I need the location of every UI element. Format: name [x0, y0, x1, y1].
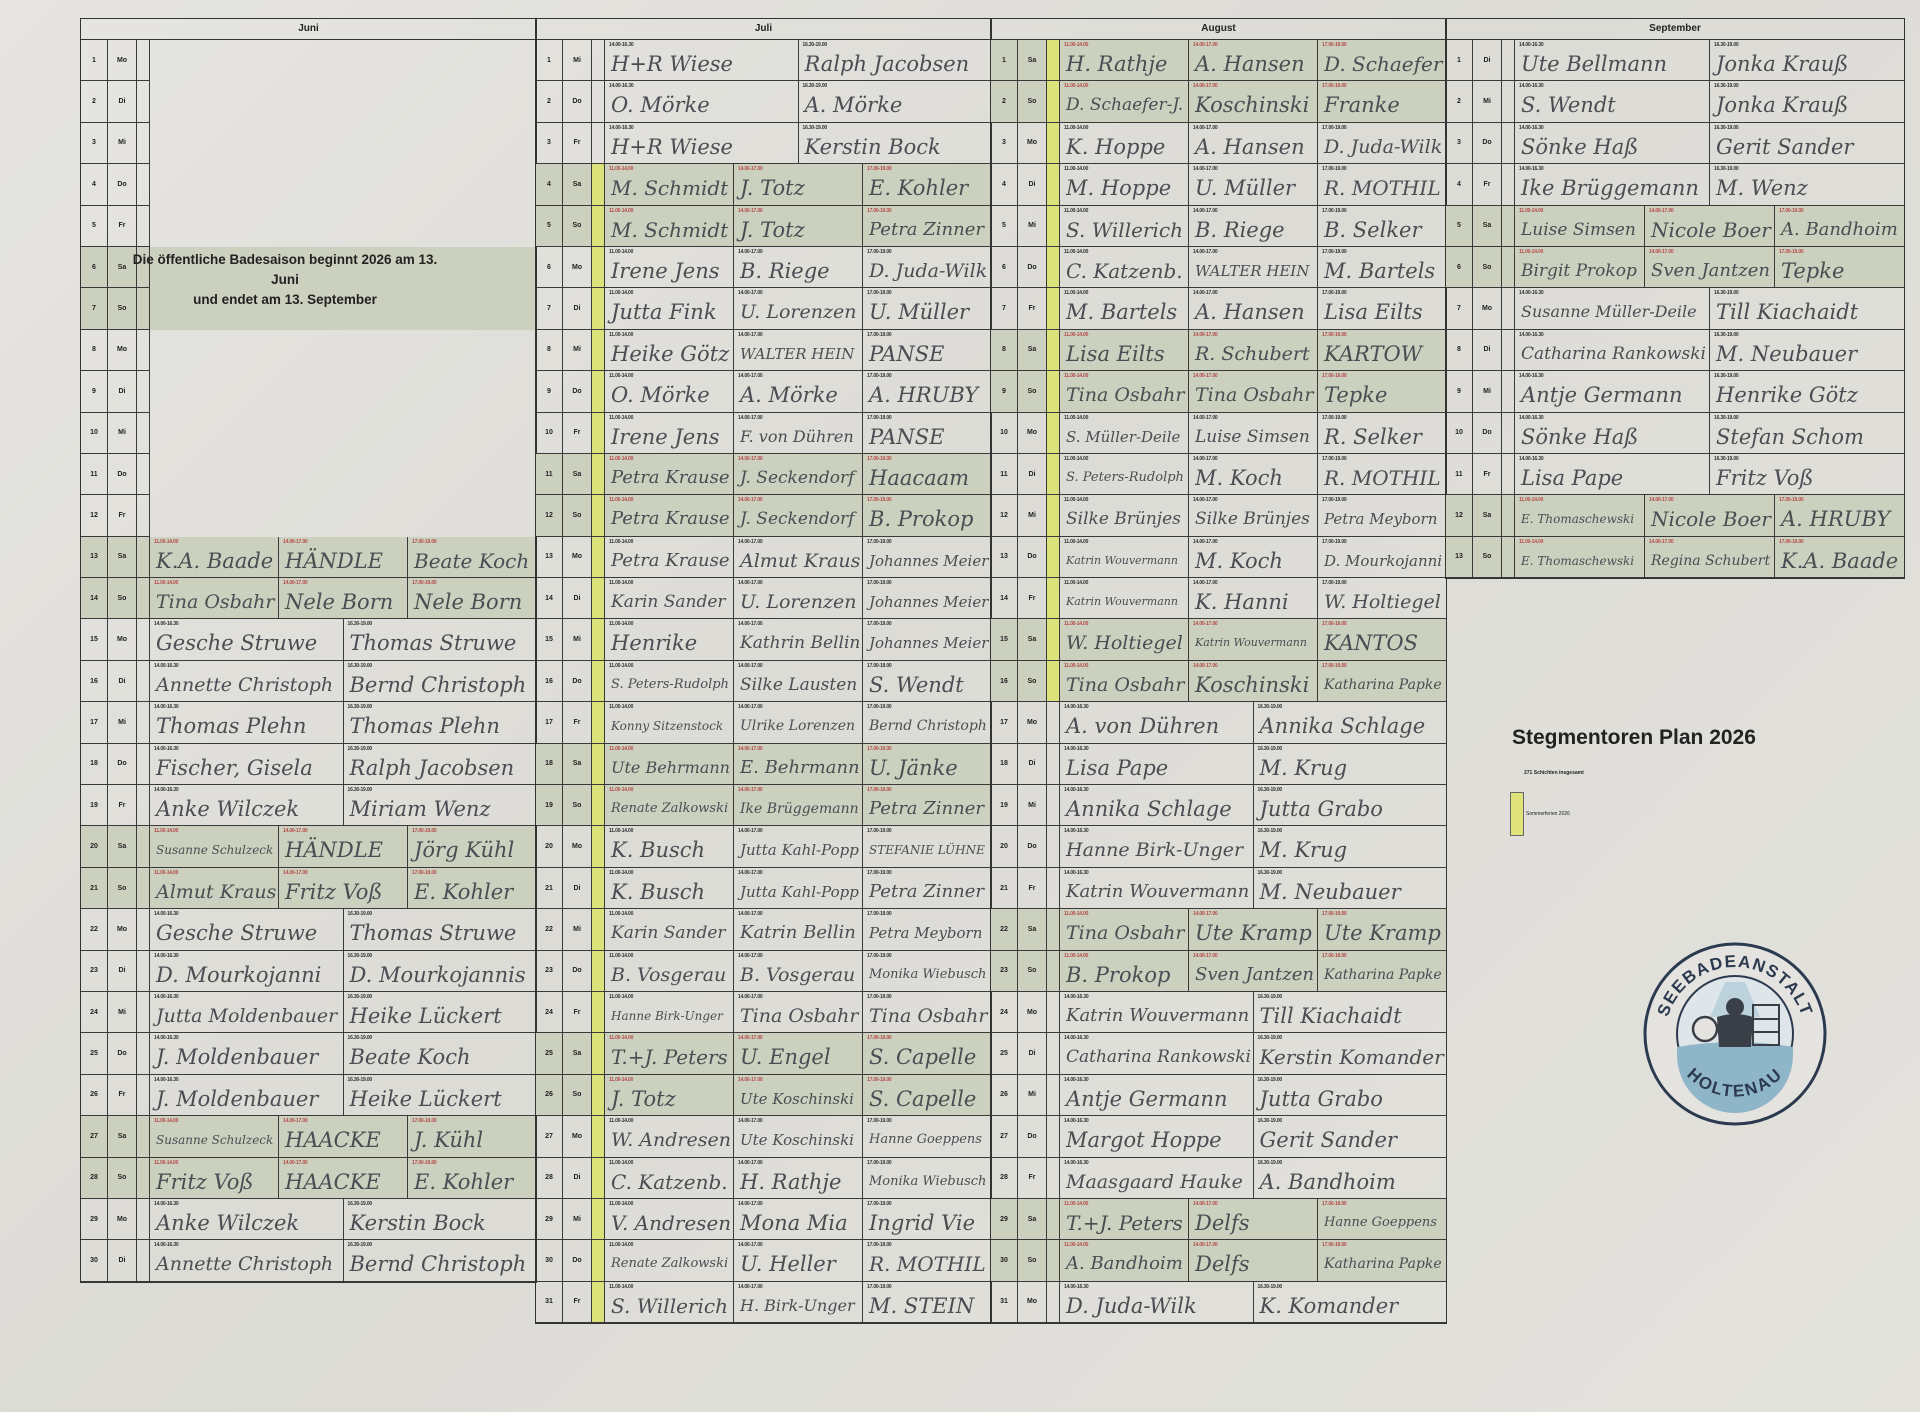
shift-cell[interactable]: 16.30-19.00M. Neubauer [1254, 868, 1447, 908]
shift-cell[interactable]: 14.00-16.30Catharina Rankowski [1515, 330, 1710, 370]
shift-cell[interactable]: 17.00-19.00Petra Meyborn [863, 909, 991, 949]
shift-cell[interactable]: 11.00-14.00Birgit Prokop [1515, 247, 1645, 287]
shift-cell[interactable]: 17.00-19.00Johannes Meier [863, 619, 991, 659]
shift-cell[interactable]: 14.00-17.00R. Schubert [1189, 330, 1318, 370]
weekday: Do [1018, 826, 1047, 866]
shift-cell[interactable]: 17.00-19.00D. Juda-Wilk [1318, 123, 1446, 163]
shift-cell[interactable]: 14.00-17.00A. Hansen [1189, 123, 1318, 163]
shift-cell[interactable]: 11.00-14.00Petra Krause [605, 495, 734, 535]
shift-cell[interactable]: 11.00-14.00M. Bartels [1060, 288, 1189, 328]
shift-cell[interactable]: 17.00-19.00Tepke [1318, 371, 1446, 411]
shift-cell[interactable]: 14.00-16.30Susanne Müller-Deile [1515, 288, 1710, 328]
shift-cell[interactable]: 14.00-16.30Lisa Pape [1060, 744, 1254, 784]
shift-cell[interactable]: 16.30-19.00Jonka Krauß [1710, 40, 1904, 80]
shift-cell[interactable]: 14.00-17.00K. Hanni [1189, 578, 1318, 618]
shift-cell[interactable]: 14.00-17.00Silke Brünjes [1189, 495, 1318, 535]
shift-cell[interactable]: 14.00-17.00U. Heller [734, 1240, 863, 1280]
shift-cell[interactable]: 17.00-19.00Bernd Christoph [863, 702, 991, 742]
volunteer-name: Stefan Schom [1716, 424, 1902, 450]
shift-cell[interactable]: 14.00-17.00U. Müller [1189, 164, 1318, 204]
shift-cell[interactable]: 11.00-14.00H. Rathje [1060, 40, 1189, 80]
shift-cell[interactable]: 14.00-17.00Nele Born [279, 578, 408, 618]
shift-cell[interactable]: 17.00-19.00U. Jänke [863, 744, 991, 784]
shift-cell[interactable]: 11.00-14.00E. Thomaschewski [1515, 537, 1645, 577]
shift-cell[interactable]: 17.00-19.00KANTOS [1318, 619, 1446, 659]
shift-cell[interactable]: 17.00-19.00Nele Born [408, 578, 536, 618]
shift-cell[interactable]: 11.00-14.00Lisa Eilts [1060, 330, 1189, 370]
shift-cell[interactable]: 17.00-19.00Lisa Eilts [1318, 288, 1446, 328]
volunteer-name: E. Behrmann [740, 755, 860, 781]
shift-cell[interactable]: 17.00-19.00Beate Koch [408, 537, 536, 577]
shift-time: 11.00-14.00 [1064, 332, 1088, 338]
shift-cell[interactable]: 14.00-17.00Delfs [1189, 1240, 1318, 1280]
shift-cell[interactable]: 11.00-14.00Almut Kraus [150, 868, 279, 908]
summer-holiday-marker [1047, 495, 1060, 535]
volunteer-name: J. Totz [740, 175, 860, 201]
shift-cell[interactable]: 17.00-19.00Hanne Goeppens [863, 1116, 991, 1156]
shift-cell[interactable]: 11.00-14.00T.+J. Peters [1060, 1199, 1189, 1239]
shift-cell[interactable]: 11.00-14.00O. Mörke [605, 371, 734, 411]
shift-cell[interactable]: 14.00-17.00WALTER HEIN [734, 330, 863, 370]
shift-time: 11.00-14.00 [1064, 208, 1088, 214]
shift-slots: 14.00-16.30Antje Germann16.30-19.00Henri… [1515, 371, 1904, 411]
shift-cell[interactable]: 14.00-16.30O. Mörke [605, 81, 799, 121]
shift-cell[interactable]: 17.00-19.00A. HRUBY [1775, 495, 1904, 535]
shift-cell[interactable]: 14.00-17.00WALTER HEIN [1189, 247, 1318, 287]
shift-cell[interactable]: 11.00-14.00Katrin Wouvermann [1060, 537, 1189, 577]
shift-cell[interactable]: 11.00-14.00Hanne Birk-Unger [605, 992, 734, 1032]
shift-cell[interactable]: 14.00-16.30Gesche Struwe [150, 909, 344, 949]
summer-holiday-marker [592, 1033, 605, 1073]
shift-cell[interactable]: 17.00-19.00Ute Kramp [1318, 909, 1446, 949]
shift-cell[interactable]: 14.00-16.30Gesche Struwe [150, 619, 344, 659]
shift-cell[interactable]: 16.30-19.00M. Neubauer [1710, 330, 1904, 370]
volunteer-name: Beate Koch [350, 1044, 535, 1070]
shift-cell[interactable]: 14.00-17.00HAACKE [279, 1116, 408, 1156]
shift-cell[interactable]: 14.00-17.00Luise Simsen [1189, 413, 1318, 453]
shift-cell[interactable]: 17.00-19.00Petra Zinner [863, 868, 991, 908]
weekday: Di [563, 578, 592, 618]
shift-cell[interactable]: 11.00-14.00T.+J. Peters [605, 1033, 734, 1073]
shift-cell[interactable]: 14.00-17.00E. Behrmann [734, 744, 863, 784]
shift-cell[interactable]: 14.00-17.00HÄNDLE [279, 826, 408, 866]
shift-cell[interactable]: 16.30-19.00D. Mourkojannis [344, 951, 537, 991]
shift-time: 16.30-19.00 [1258, 994, 1283, 1000]
shift-cell[interactable]: 17.00-19.00Haacaam [863, 454, 991, 494]
shift-slots: 11.00-14.00Katrin Wouvermann14.00-17.00K… [1060, 578, 1446, 618]
shift-cell[interactable]: 14.00-17.00Nicole Boer [1645, 495, 1775, 535]
shift-cell[interactable]: 16.30-19.00Beate Koch [344, 1033, 537, 1073]
shift-cell[interactable]: 17.00-19.00Tepke [1775, 247, 1904, 287]
shift-cell[interactable]: 14.00-17.00A. Hansen [1189, 40, 1318, 80]
shift-cell[interactable]: 14.00-16.30Catharina Rankowski [1060, 1033, 1254, 1073]
shift-cell[interactable]: 14.00-17.00Regina Schubert [1645, 537, 1775, 577]
shift-cell[interactable]: 11.00-14.00Luise Simsen [1515, 206, 1645, 246]
shift-cell[interactable]: 11.00-14.00K. Busch [605, 826, 734, 866]
shift-cell[interactable]: 16.30-19.00Jutta Grabo [1254, 785, 1447, 825]
shift-cell[interactable]: 16.30-19.00Annika Schlage [1254, 702, 1447, 742]
shift-cell[interactable]: 17.00-19.00K.A. Baade [1775, 537, 1904, 577]
shift-cell[interactable]: 14.00-17.00Kathrin Bellin [734, 619, 863, 659]
shift-cell[interactable]: 11.00-14.00S. Müller-Deile [1060, 413, 1189, 453]
shift-cell[interactable]: 16.30-19.00Gerit Sander [1254, 1116, 1447, 1156]
shift-cell[interactable]: 14.00-17.00Katrin Wouvermann [1189, 619, 1318, 659]
shift-slots [150, 81, 536, 122]
shift-cell[interactable]: 14.00-17.00Ute Kramp [1189, 909, 1318, 949]
shift-cell[interactable]: 14.00-17.00U. Lorenzen [734, 578, 863, 618]
shift-cell[interactable]: 14.00-16.30Anke Wilczek [150, 1199, 344, 1239]
shift-time: 17.00-19.00 [1322, 166, 1347, 172]
shift-cell[interactable]: 14.00-17.00HÄNDLE [279, 537, 408, 577]
shift-cell[interactable]: 17.00-19.00M. STEIN [863, 1282, 991, 1322]
shift-cell[interactable]: 16.30-19.00Kerstin Komander [1254, 1033, 1447, 1073]
shift-cell[interactable]: 14.00-16.30H+R Wiese [605, 40, 799, 80]
shift-cell[interactable]: 17.00-19.00D. Schaefer [1318, 40, 1446, 80]
shift-cell[interactable]: 11.00-14.00W. Andresen [605, 1116, 734, 1156]
shift-cell[interactable]: 16.30-19.00Kerstin Bock [799, 123, 992, 163]
holiday-marker-empty [1502, 413, 1515, 453]
shift-cell[interactable]: 14.00-17.00Almut Kraus [734, 537, 863, 577]
shift-time: 11.00-14.00 [1064, 42, 1088, 48]
shift-cell[interactable]: 17.00-19.00Petra Zinner [863, 206, 991, 246]
holiday-marker-empty [1047, 1158, 1060, 1198]
shift-cell[interactable]: 11.00-14.00Karin Sander [605, 578, 734, 618]
shift-slots: 14.00-16.30H+R Wiese16.30-19.00Ralph Jac… [605, 40, 991, 80]
shift-cell[interactable]: 14.00-17.00M. Koch [1189, 454, 1318, 494]
shift-cell[interactable]: 14.00-16.30S. Wendt [1515, 81, 1710, 121]
shift-cell[interactable]: 11.00-14.00M. Hoppe [1060, 164, 1189, 204]
shift-cell[interactable]: 11.00-14.00C. Katzenb. [605, 1158, 734, 1198]
shift-cell[interactable]: 14.00-17.00H. Birk-Unger [734, 1282, 863, 1322]
shift-cell[interactable]: 11.00-14.00Susanne Schulzeck [150, 826, 279, 866]
volunteer-name: Katrin Wouvermann [1195, 630, 1315, 656]
shift-cell[interactable]: 14.00-16.30Annette Christoph [150, 661, 344, 701]
weekday: Mo [1018, 413, 1047, 453]
shift-cell[interactable]: 14.00-17.00B. Riege [734, 247, 863, 287]
shift-time: 11.00-14.00 [609, 497, 633, 503]
shift-cell[interactable]: 17.00-19.00Hanne Goeppens [1318, 1199, 1446, 1239]
shift-cell[interactable]: 14.00-16.30Anke Wilczek [150, 785, 344, 825]
shift-cell[interactable]: 16.30-19.00Jonka Krauß [1710, 81, 1904, 121]
shift-cell[interactable]: 11.00-14.00Tina Osbahr [1060, 371, 1189, 411]
shift-cell[interactable]: 14.00-16.30J. Moldenbauer [150, 1075, 344, 1115]
shift-cell[interactable]: 17.00-19.00Ingrid Vie [863, 1199, 991, 1239]
season-note: Die öffentliche Badesaison beginnt 2026 … [120, 250, 450, 310]
shift-cell[interactable]: 16.30-19.00Bernd Christoph [344, 1240, 537, 1280]
shift-cell[interactable]: 16.30-19.00Ralph Jacobsen [344, 744, 537, 784]
shift-cell[interactable]: 14.00-17.00A. Hansen [1189, 288, 1318, 328]
shift-cell[interactable]: 16.30-19.00A. Mörke [799, 81, 992, 121]
shift-cell[interactable]: 14.00-16.30Katrin Wouvermann [1060, 992, 1254, 1032]
shift-cell[interactable]: 17.00-19.00A. HRUBY [863, 371, 991, 411]
shift-time: 17.00-19.00 [867, 580, 892, 586]
shift-cell[interactable]: 14.00-17.00Mona Mia [734, 1199, 863, 1239]
shift-cell[interactable]: 14.00-16.30H+R Wiese [605, 123, 799, 163]
shift-cell[interactable]: 14.00-17.00Sven Jantzen [1189, 951, 1318, 991]
shift-cell[interactable]: 14.00-17.00Ute Koschinski [734, 1075, 863, 1115]
shift-cell[interactable]: 14.00-16.30Annika Schlage [1060, 785, 1254, 825]
summer-holiday-marker [592, 247, 605, 287]
shift-cell[interactable]: 14.00-17.00HAACKE [279, 1158, 408, 1198]
shift-cell[interactable]: 17.00-19.00B. Selker [1318, 206, 1446, 246]
shift-cell[interactable]: 11.00-14.00V. Andresen [605, 1199, 734, 1239]
shift-cell[interactable]: 11.00-14.00Katrin Wouvermann [1060, 578, 1189, 618]
shift-cell[interactable]: 11.00-14.00B. Prokop [1060, 951, 1189, 991]
shift-cell[interactable]: 17.00-19.00U. Müller [863, 288, 991, 328]
shift-cell[interactable]: 17.00-19.00R. MOTHIL [863, 1240, 991, 1280]
shift-cell[interactable]: 16.30-19.00Jutta Grabo [1254, 1075, 1447, 1115]
shift-cell[interactable]: 11.00-14.00Susanne Schulzeck [150, 1116, 279, 1156]
shift-cell[interactable]: 17.00-19.00KARTOW [1318, 330, 1446, 370]
volunteer-name: Kerstin Bock [805, 134, 990, 160]
shift-cell[interactable]: 14.00-17.00U. Lorenzen [734, 288, 863, 328]
shift-cell[interactable]: 14.00-16.30Annette Christoph [150, 1240, 344, 1280]
shift-cell[interactable]: 14.00-16.30Fischer, Gisela [150, 744, 344, 784]
holiday-marker-empty [137, 164, 150, 205]
shift-cell[interactable]: 16.30-19.00M. Wenz [1710, 164, 1904, 204]
weekday: So [563, 785, 592, 825]
shift-cell[interactable]: 17.00-19.00STEFANIE LÜHNE [863, 826, 991, 866]
shift-cell[interactable]: 14.00-17.00Ute Koschinski [734, 1116, 863, 1156]
day-row: 9Di [81, 371, 536, 412]
shift-cell[interactable]: 14.00-17.00B. Riege [1189, 206, 1318, 246]
shift-cell[interactable]: 17.00-19.00Johannes Meier [863, 537, 991, 577]
shift-cell[interactable]: 14.00-16.30Antje Germann [1515, 371, 1710, 411]
day-number: 21 [81, 868, 108, 908]
shift-cell[interactable]: 14.00-16.30Lisa Pape [1515, 454, 1710, 494]
shift-cell[interactable]: 14.00-16.30D. Mourkojanni [150, 951, 344, 991]
shift-cell[interactable]: 11.00-14.00M. Schmidt [605, 206, 734, 246]
shift-cell[interactable]: 11.00-14.00K. Hoppe [1060, 123, 1189, 163]
shift-cell[interactable]: 11.00-14.00Petra Krause [605, 454, 734, 494]
shift-cell[interactable]: 11.00-14.00Irene Jens [605, 413, 734, 453]
shift-cell[interactable]: 16.30-19.00M. Krug [1254, 744, 1447, 784]
shift-cell[interactable]: 16.30-19.00Thomas Struwe [344, 619, 537, 659]
volunteer-name: Jutta Kahl-Popp [740, 837, 860, 863]
shift-cell[interactable]: 14.00-17.00Jutta Kahl-Popp [734, 868, 863, 908]
shift-cell[interactable]: 17.00-19.00R. MOTHIL [1318, 164, 1446, 204]
shift-cell[interactable]: 16.30-19.00Thomas Plehn [344, 702, 537, 742]
shift-cell[interactable]: 16.30-19.00Ralph Jacobsen [799, 40, 992, 80]
summer-holiday-marker [1047, 123, 1060, 163]
shift-cell[interactable]: 17.00-19.00D. Juda-Wilk [863, 247, 991, 287]
shift-cell[interactable]: 11.00-14.00S. Willerich [605, 1282, 734, 1322]
shift-cell[interactable]: 14.00-17.00Jutta Kahl-Popp [734, 826, 863, 866]
shift-cell[interactable]: 14.00-16.30Thomas Plehn [150, 702, 344, 742]
shift-cell[interactable]: 14.00-17.00M. Koch [1189, 537, 1318, 577]
shift-cell[interactable]: 16.30-19.00Till Kiachaidt [1254, 992, 1447, 1032]
shift-cell[interactable]: 17.00-19.00PANSE [863, 413, 991, 453]
shift-cell[interactable]: 11.00-14.00J. Totz [605, 1075, 734, 1115]
shift-cell[interactable]: 17.00-19.00E. Kohler [408, 1158, 536, 1198]
shift-cell[interactable]: 11.00-14.00A. Bandhoim [1060, 1240, 1189, 1280]
shift-cell[interactable]: 14.00-17.00H. Rathje [734, 1158, 863, 1198]
shift-cell[interactable]: 14.00-17.00Koschinski [1189, 81, 1318, 121]
shift-cell[interactable]: 14.00-16.30Hanne Birk-Unger [1060, 826, 1254, 866]
volunteer-name: J. Totz [740, 217, 860, 243]
shift-cell[interactable]: 11.00-14.00Tina Osbahr [150, 578, 279, 618]
shift-cell[interactable]: 14.00-17.00Ike Brüggemann [734, 785, 863, 825]
shift-cell[interactable]: 16.30-19.00Stefan Schom [1710, 413, 1904, 453]
shift-cell[interactable]: 17.00-19.00PANSE [863, 330, 991, 370]
shift-cell[interactable]: 17.00-19.00W. Holtiegel [1318, 578, 1446, 618]
shift-cell[interactable]: 16.30-19.00Heike Lückert [344, 992, 537, 1032]
shift-cell[interactable]: 14.00-16.30Antje Germann [1060, 1075, 1254, 1115]
volunteer-name: Thomas Plehn [350, 713, 535, 739]
shift-cell[interactable]: 17.00-19.00Johannes Meier [863, 578, 991, 618]
day-row: 6So11.00-14.00Birgit Prokop14.00-17.00Sv… [1446, 247, 1904, 288]
shift-cell[interactable]: 16.30-19.00Till Kiachaidt [1710, 288, 1904, 328]
shift-cell[interactable]: 11.00-14.00Fritz Voß [150, 1158, 279, 1198]
shift-cell[interactable]: 14.00-17.00Ulrike Lorenzen [734, 702, 863, 742]
shift-cell[interactable]: 11.00-14.00Konny Sitzenstock [605, 702, 734, 742]
shift-cell[interactable]: 14.00-17.00Fritz Voß [279, 868, 408, 908]
shift-cell[interactable]: 16.30-19.00Heike Lückert [344, 1075, 537, 1115]
shift-cell[interactable]: 17.00-19.00D. Mourkojanni [1318, 537, 1446, 577]
shift-cell[interactable]: 11.00-14.00Renate Zalkowski [605, 1240, 734, 1280]
shift-cell[interactable]: 16.30-19.00A. Bandhoim [1254, 1158, 1447, 1198]
shift-cell[interactable]: 17.00-19.00Monika Wiebusch [863, 1158, 991, 1198]
shift-cell[interactable]: 11.00-14.00S. Peters-Rudolph [605, 661, 734, 701]
shift-cell[interactable]: 14.00-16.30J. Moldenbauer [150, 1033, 344, 1073]
shift-cell[interactable]: 17.00-19.00S. Wendt [863, 661, 991, 701]
shift-cell[interactable]: 16.30-19.00K. Komander [1254, 1282, 1447, 1322]
shift-cell[interactable]: 11.00-14.00Silke Brünjes [1060, 495, 1189, 535]
shift-cell[interactable]: 17.00-19.00Katharina Papke [1318, 661, 1446, 701]
shift-cell[interactable]: 17.00-19.00Jörg Kühl [408, 826, 536, 866]
shift-cell[interactable]: 14.00-17.00A. Mörke [734, 371, 863, 411]
shift-cell[interactable]: 11.00-14.00S. Willerich [1060, 206, 1189, 246]
shift-cell[interactable]: 16.30-19.00Kerstin Bock [344, 1199, 537, 1239]
shift-slots: 11.00-14.00C. Katzenb.14.00-17.00H. Rath… [605, 1158, 991, 1198]
volunteer-name: U. Lorenzen [740, 299, 860, 325]
shift-cell[interactable]: 14.00-16.30Ike Brüggemann [1515, 164, 1710, 204]
shift-cell[interactable]: 14.00-17.00Delfs [1189, 1199, 1318, 1239]
volunteer-name: Silke Lausten [740, 672, 860, 698]
shift-cell[interactable]: 11.00-14.00Renate Zalkowski [605, 785, 734, 825]
shift-cell[interactable]: 17.00-19.00Petra Meyborn [1318, 495, 1446, 535]
shift-cell[interactable]: 14.00-17.00Tina Osbahr [1189, 371, 1318, 411]
shift-cell[interactable]: 17.00-19.00M. Bartels [1318, 247, 1446, 287]
shift-cell[interactable]: 16.30-19.00Bernd Christoph [344, 661, 537, 701]
day-number: 11 [536, 454, 563, 494]
shift-cell[interactable]: 14.00-17.00F. von Dühren [734, 413, 863, 453]
day-number: 9 [991, 371, 1018, 411]
shift-cell[interactable]: 14.00-17.00Silke Lausten [734, 661, 863, 701]
shift-cell[interactable]: 14.00-16.30Ute Bellmann [1515, 40, 1710, 80]
shift-cell[interactable]: 17.00-19.00Monika Wiebusch [863, 951, 991, 991]
shift-cell[interactable]: 17.00-19.00B. Prokop [863, 495, 991, 535]
shift-cell[interactable]: 16.30-19.00Miriam Wenz [344, 785, 537, 825]
shift-cell[interactable]: 17.00-19.00A. Bandhoim [1775, 206, 1904, 246]
shift-cell[interactable]: 14.00-16.30Sönke Haß [1515, 123, 1710, 163]
shift-cell[interactable]: 11.00-14.00Irene Jens [605, 247, 734, 287]
volunteer-name: Henrike [611, 630, 731, 656]
shift-cell[interactable]: 14.00-17.00U. Engel [734, 1033, 863, 1073]
shift-time: 14.00-17.00 [1193, 166, 1218, 172]
shift-cell[interactable]: 14.00-17.00Sven Jantzen [1645, 247, 1775, 287]
shift-cell[interactable]: 17.00-19.00Katharina Papke [1318, 1240, 1446, 1280]
shift-cell[interactable]: 14.00-17.00Katrin Bellin [734, 909, 863, 949]
summer-holiday-marker [592, 164, 605, 204]
volunteer-name: Katharina Papke [1324, 1251, 1444, 1277]
volunteer-name: Hanne Goeppens [1324, 1210, 1444, 1236]
shift-cell[interactable]: 17.00-19.00J. Kühl [408, 1116, 536, 1156]
shift-cell[interactable]: 17.00-19.00Tina Osbahr [863, 992, 991, 1032]
shift-cell[interactable]: 11.00-14.00M. Schmidt [605, 164, 734, 204]
shift-cell[interactable]: 16.30-19.00Thomas Struwe [344, 909, 537, 949]
shift-cell[interactable]: 11.00-14.00D. Schaefer-J. [1060, 81, 1189, 121]
shift-cell[interactable]: 11.00-14.00B. Vosgerau [605, 951, 734, 991]
shift-cell[interactable]: 14.00-17.00J. Totz [734, 164, 863, 204]
shift-cell[interactable]: 14.00-16.30A. von Dühren [1060, 702, 1254, 742]
shift-cell[interactable]: 14.00-17.00B. Vosgerau [734, 951, 863, 991]
shift-cell[interactable]: 14.00-17.00J. Seckendorf [734, 495, 863, 535]
shift-cell[interactable]: 14.00-16.30Katrin Wouvermann [1060, 868, 1254, 908]
weekday: Mo [563, 826, 592, 866]
shift-cell[interactable]: 11.00-14.00Petra Krause [605, 537, 734, 577]
shift-cell[interactable]: 11.00-14.00Tina Osbahr [1060, 909, 1189, 949]
shift-cell[interactable]: 17.00-19.00Petra Zinner [863, 785, 991, 825]
shift-cell[interactable]: 17.00-19.00Katharina Papke [1318, 951, 1446, 991]
shift-cell[interactable]: 17.00-19.00R. MOTHIL [1318, 454, 1446, 494]
shift-cell[interactable]: 16.30-19.00Fritz Voß [1710, 454, 1904, 494]
shift-cell[interactable]: 11.00-14.00E. Thomaschewski [1515, 495, 1645, 535]
summer-holiday-marker [592, 661, 605, 701]
shift-cell[interactable]: 14.00-16.30Maasgaard Hauke [1060, 1158, 1254, 1198]
shift-cell[interactable]: 16.30-19.00M. Krug [1254, 826, 1447, 866]
day-number: 3 [1446, 123, 1473, 163]
shift-time: 14.00-16.30 [1064, 1035, 1089, 1041]
shift-cell[interactable]: 17.00-19.00S. Capelle [863, 1033, 991, 1073]
shift-cell[interactable]: 17.00-19.00E. Kohler [408, 868, 536, 908]
shift-cell[interactable]: 14.00-17.00Nicole Boer [1645, 206, 1775, 246]
holiday-marker-empty [1502, 495, 1515, 535]
shift-cell[interactable]: 14.00-16.30Margot Hoppe [1060, 1116, 1254, 1156]
shift-cell[interactable]: 14.00-17.00J. Seckendorf [734, 454, 863, 494]
shift-cell[interactable]: 14.00-16.30D. Juda-Wilk [1060, 1282, 1254, 1322]
shift-cell[interactable]: 11.00-14.00C. Katzenb. [1060, 247, 1189, 287]
volunteer-name: Hanne Birk-Unger [611, 1003, 731, 1029]
shift-cell[interactable]: 17.00-19.00R. Selker [1318, 413, 1446, 453]
shift-cell[interactable]: 11.00-14.00K.A. Baade [150, 537, 279, 577]
shift-cell[interactable]: 17.00-19.00Franke [1318, 81, 1446, 121]
shift-cell[interactable]: 14.00-17.00Tina Osbahr [734, 992, 863, 1032]
shift-cell[interactable]: 14.00-16.30Sönke Haß [1515, 413, 1710, 453]
shift-cell[interactable]: 11.00-14.00Heike Götz [605, 330, 734, 370]
shift-cell[interactable]: 11.00-14.00Karin Sander [605, 909, 734, 949]
shift-cell[interactable]: 11.00-14.00S. Peters-Rudolph [1060, 454, 1189, 494]
shift-cell[interactable]: 14.00-17.00J. Totz [734, 206, 863, 246]
day-number: 4 [536, 164, 563, 204]
shift-cell[interactable]: 11.00-14.00Jutta Fink [605, 288, 734, 328]
shift-cell[interactable]: 11.00-14.00W. Holtiegel [1060, 619, 1189, 659]
shift-cell[interactable]: 11.00-14.00Ute Behrmann [605, 744, 734, 784]
shift-time: 17.00-19.00 [867, 373, 892, 379]
day-row: 1Sa11.00-14.00H. Rathje14.00-17.00A. Han… [991, 40, 1446, 81]
shift-cell[interactable]: 14.00-17.00Koschinski [1189, 661, 1318, 701]
weekday: Mi [108, 123, 137, 164]
shift-cell[interactable]: 16.30-19.00Henrike Götz [1710, 371, 1904, 411]
shift-cell[interactable]: 11.00-14.00K. Busch [605, 868, 734, 908]
shift-cell[interactable]: 16.30-19.00Gerit Sander [1710, 123, 1904, 163]
shift-cell[interactable]: 17.00-19.00S. Capelle [863, 1075, 991, 1115]
shift-cell[interactable]: 17.00-19.00E. Kohler [863, 164, 991, 204]
shift-cell[interactable]: 11.00-14.00Tina Osbahr [1060, 661, 1189, 701]
shift-slots [150, 123, 536, 164]
shift-cell[interactable]: 14.00-16.30Jutta Moldenbauer [150, 992, 344, 1032]
shift-cell[interactable]: 11.00-14.00Henrike [605, 619, 734, 659]
